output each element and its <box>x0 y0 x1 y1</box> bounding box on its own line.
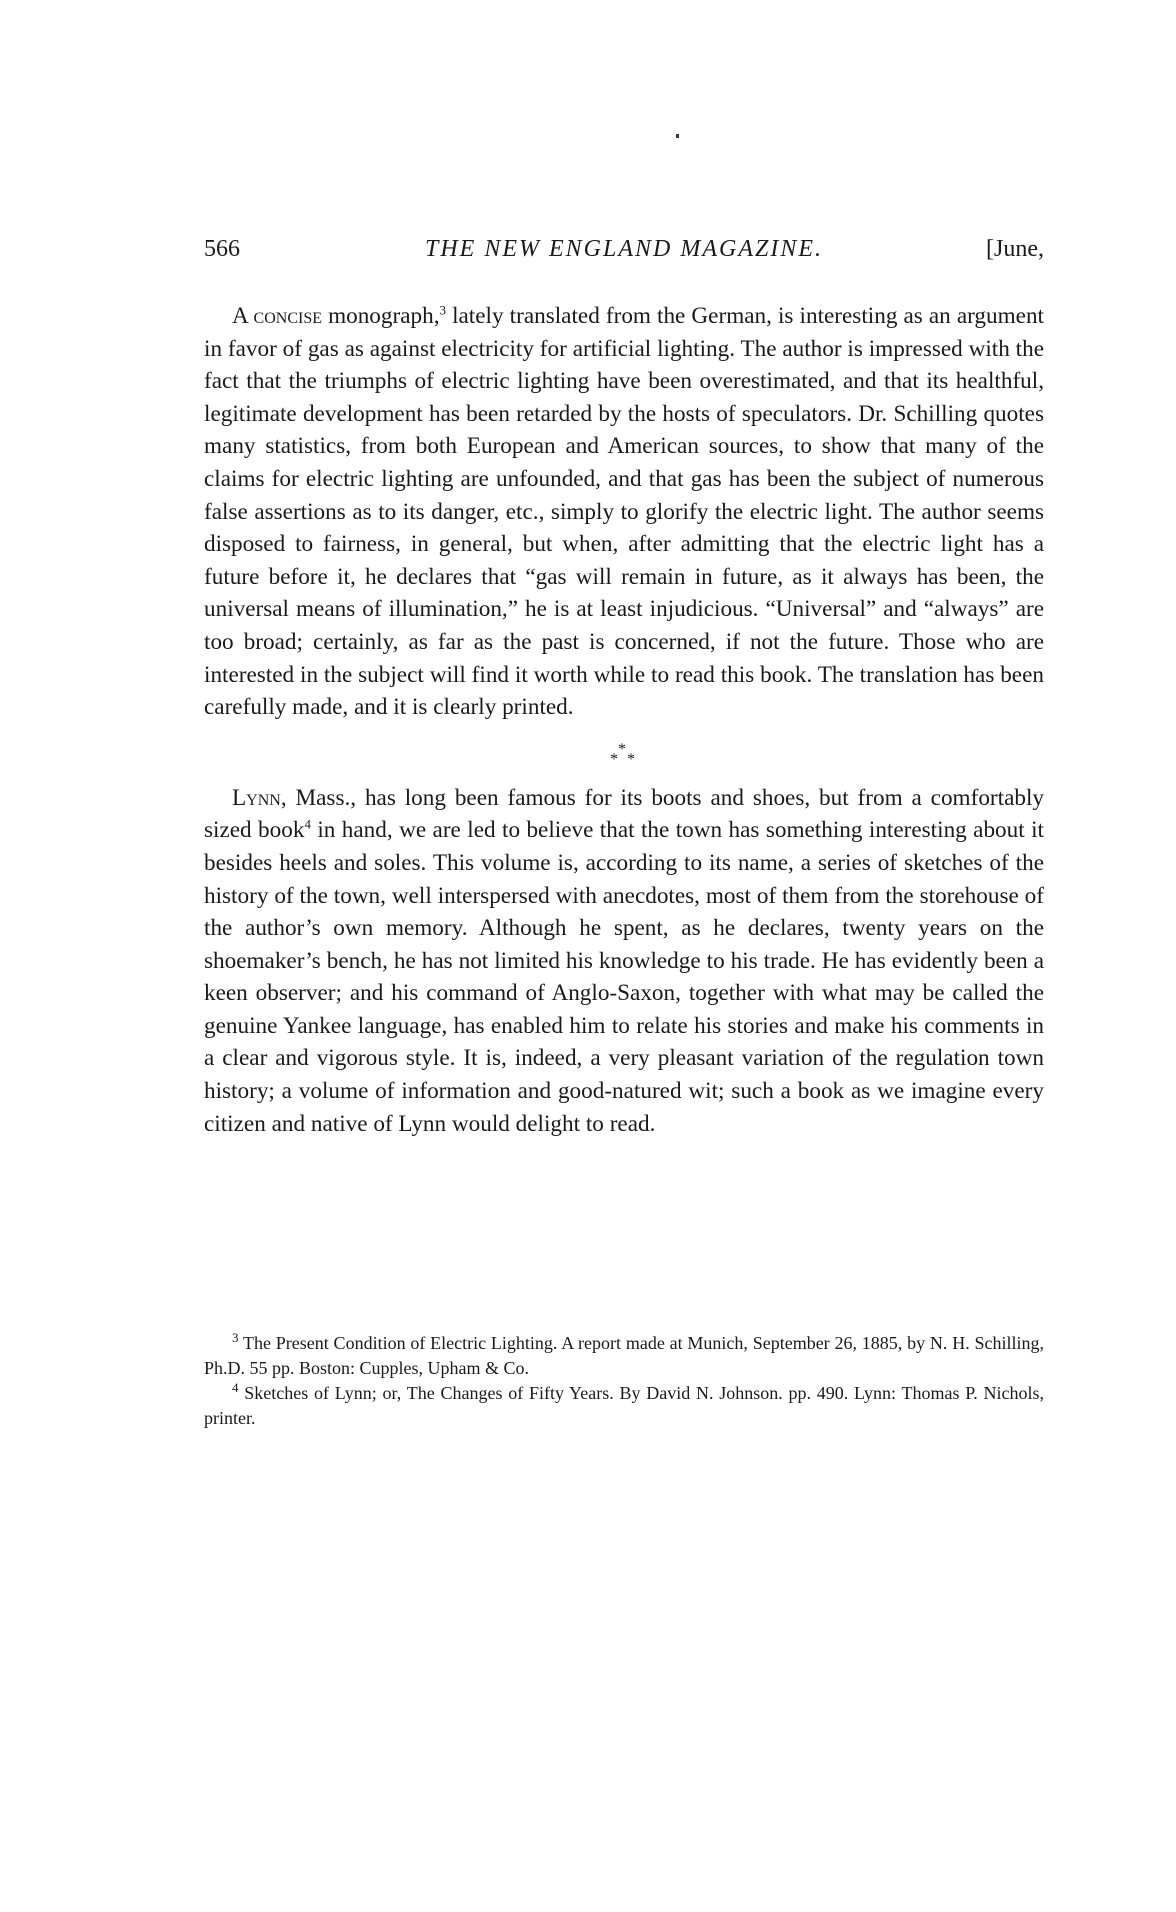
footnotes: 3 The Present Condition of Electric Ligh… <box>204 1331 1044 1431</box>
paragraph-lynn-review: Lynn, Mass., has long been famous for it… <box>204 782 1044 1141</box>
scan-speck <box>676 134 679 138</box>
asterism-separator: * * * <box>204 724 1044 782</box>
text-span: monograph, <box>322 303 440 329</box>
paragraph-monograph-review: A concise monograph,3 lately translated … <box>204 300 1044 724</box>
issue-month: [June, <box>986 236 1044 263</box>
magazine-title: THE NEW ENGLAND MAGAZINE. <box>204 236 1044 263</box>
article-body: A concise monograph,3 lately translated … <box>204 300 1044 1140</box>
lead-in: Lynn <box>232 785 281 811</box>
lead-in: A concise <box>232 303 322 329</box>
footnote-3: 3 The Present Condition of Electric Ligh… <box>204 1331 1044 1381</box>
footnote-text: The Present Condition of Electric Lighti… <box>204 1333 1044 1378</box>
text-span: lately translated from the German, is in… <box>204 303 1044 720</box>
footnote-text: Sketches of Lynn; or, The Changes of Fif… <box>204 1383 1044 1428</box>
running-header: 566 THE NEW ENGLAND MAGAZINE. [June, <box>204 236 1044 270</box>
footnote-4: 4 Sketches of Lynn; or, The Changes of F… <box>204 1381 1044 1431</box>
text-span: in hand, we are led to believe that the … <box>204 817 1044 1136</box>
